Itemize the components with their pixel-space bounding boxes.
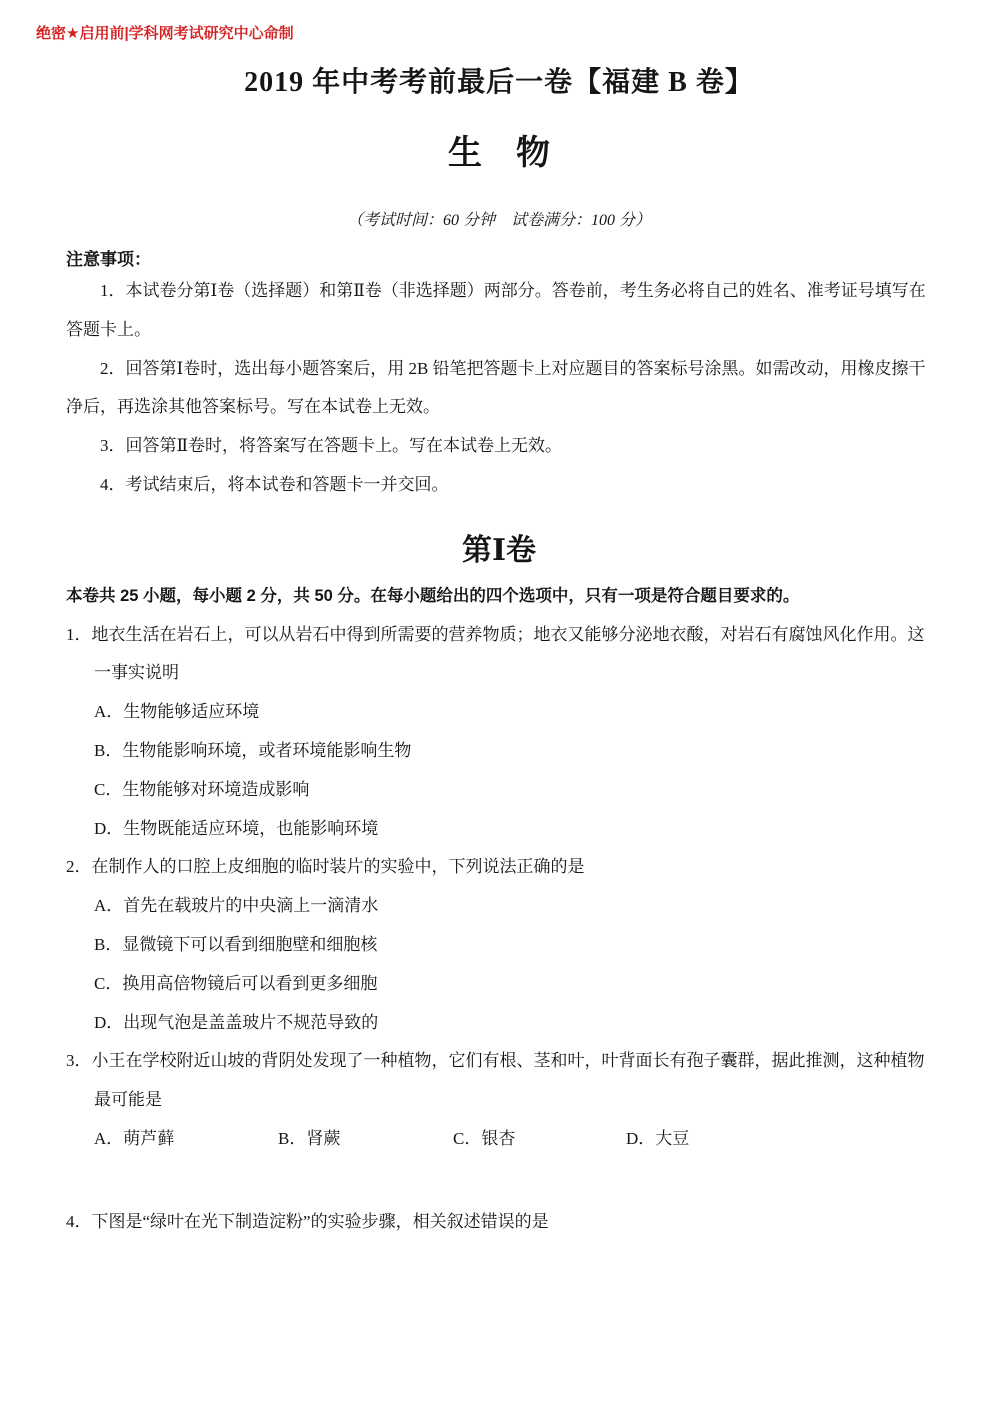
question-3-option-a: A．萌芦藓 — [94, 1120, 278, 1159]
notice-heading: 注意事项： — [66, 248, 932, 272]
question-2-option-c: C．换用高倍物镜后可以看到更多细胞 — [94, 965, 932, 1004]
exam-info: （考试时间：60 分钟 试卷满分：100 分） — [66, 210, 932, 232]
notice-item-1: 1．本试卷分第Ⅰ卷（选择题）和第Ⅱ卷（非选择题）两部分。答卷前，考生务必将自己的… — [66, 272, 932, 350]
section-1-heading: 第Ⅰ卷 — [66, 531, 932, 571]
exam-paper: 绝密★启用前|学科网考试研究中心命制 2019 年中考考前最后一卷【福建 B 卷… — [0, 0, 992, 1403]
confidential-banner: 绝密★启用前|学科网考试研究中心命制 — [36, 24, 932, 44]
question-3-option-b: B．肾蕨 — [278, 1120, 453, 1159]
notice-item-3: 3．回答第Ⅱ卷时，将答案写在答题卡上。写在本试卷上无效。 — [66, 427, 932, 466]
subject-title: 生 物 — [66, 134, 932, 174]
notice-item-4: 4．考试结束后，将本试卷和答题卡一并交回。 — [66, 466, 932, 505]
question-1-option-a: A．生物能够适应环境 — [94, 693, 932, 732]
question-1-option-c: C．生物能够对环境造成影响 — [94, 771, 932, 810]
notice-item-2: 2．回答第Ⅰ卷时，选出每小题答案后，用 2B 铅笔把答题卡上对应题目的答案标号涂… — [66, 350, 932, 428]
question-3-option-c: C．银杏 — [453, 1120, 626, 1159]
question-2-stem: 2．在制作人的口腔上皮细胞的临时装片的实验中，下列说法正确的是 — [94, 848, 932, 887]
section-1-intro: 本卷共 25 小题，每小题 2 分，共 50 分。在每小题给出的四个选项中，只有… — [66, 577, 932, 616]
question-2: 2．在制作人的口腔上皮细胞的临时装片的实验中，下列说法正确的是 A．首先在载玻片… — [66, 848, 932, 1042]
question-4-stem: 4．下图是“绿叶在光下制造淀粉”的实验步骤，相关叙述错误的是 — [94, 1203, 932, 1242]
question-2-option-b: B．显微镜下可以看到细胞壁和细胞核 — [94, 926, 932, 965]
question-4: 4．下图是“绿叶在光下制造淀粉”的实验步骤，相关叙述错误的是 — [66, 1203, 932, 1242]
question-1-option-b: B．生物能影响环境，或者环境能影响生物 — [94, 732, 932, 771]
question-3-stem: 3．小王在学校附近山坡的背阴处发现了一种植物，它们有根、茎和叶，叶背面长有孢子囊… — [94, 1042, 932, 1120]
paper-title: 2019 年中考考前最后一卷【福建 B 卷】 — [66, 66, 932, 100]
question-3-option-d: D．大豆 — [626, 1120, 932, 1159]
question-3: 3．小王在学校附近山坡的背阴处发现了一种植物，它们有根、茎和叶，叶背面长有孢子囊… — [66, 1042, 932, 1158]
question-1-stem: 1．地衣生活在岩石上，可以从岩石中得到所需要的营养物质；地衣又能够分泌地衣酸，对… — [94, 616, 932, 694]
question-3-options-row: A．萌芦藓 B．肾蕨 C．银杏 D．大豆 — [94, 1120, 932, 1159]
question-1: 1．地衣生活在岩石上，可以从岩石中得到所需要的营养物质；地衣又能够分泌地衣酸，对… — [66, 616, 932, 849]
question-2-option-d: D．出现气泡是盖盖玻片不规范导致的 — [94, 1004, 932, 1043]
question-2-option-a: A．首先在载玻片的中央滴上一滴清水 — [94, 887, 932, 926]
question-1-option-d: D．生物既能适应环境，也能影响环境 — [94, 810, 932, 849]
